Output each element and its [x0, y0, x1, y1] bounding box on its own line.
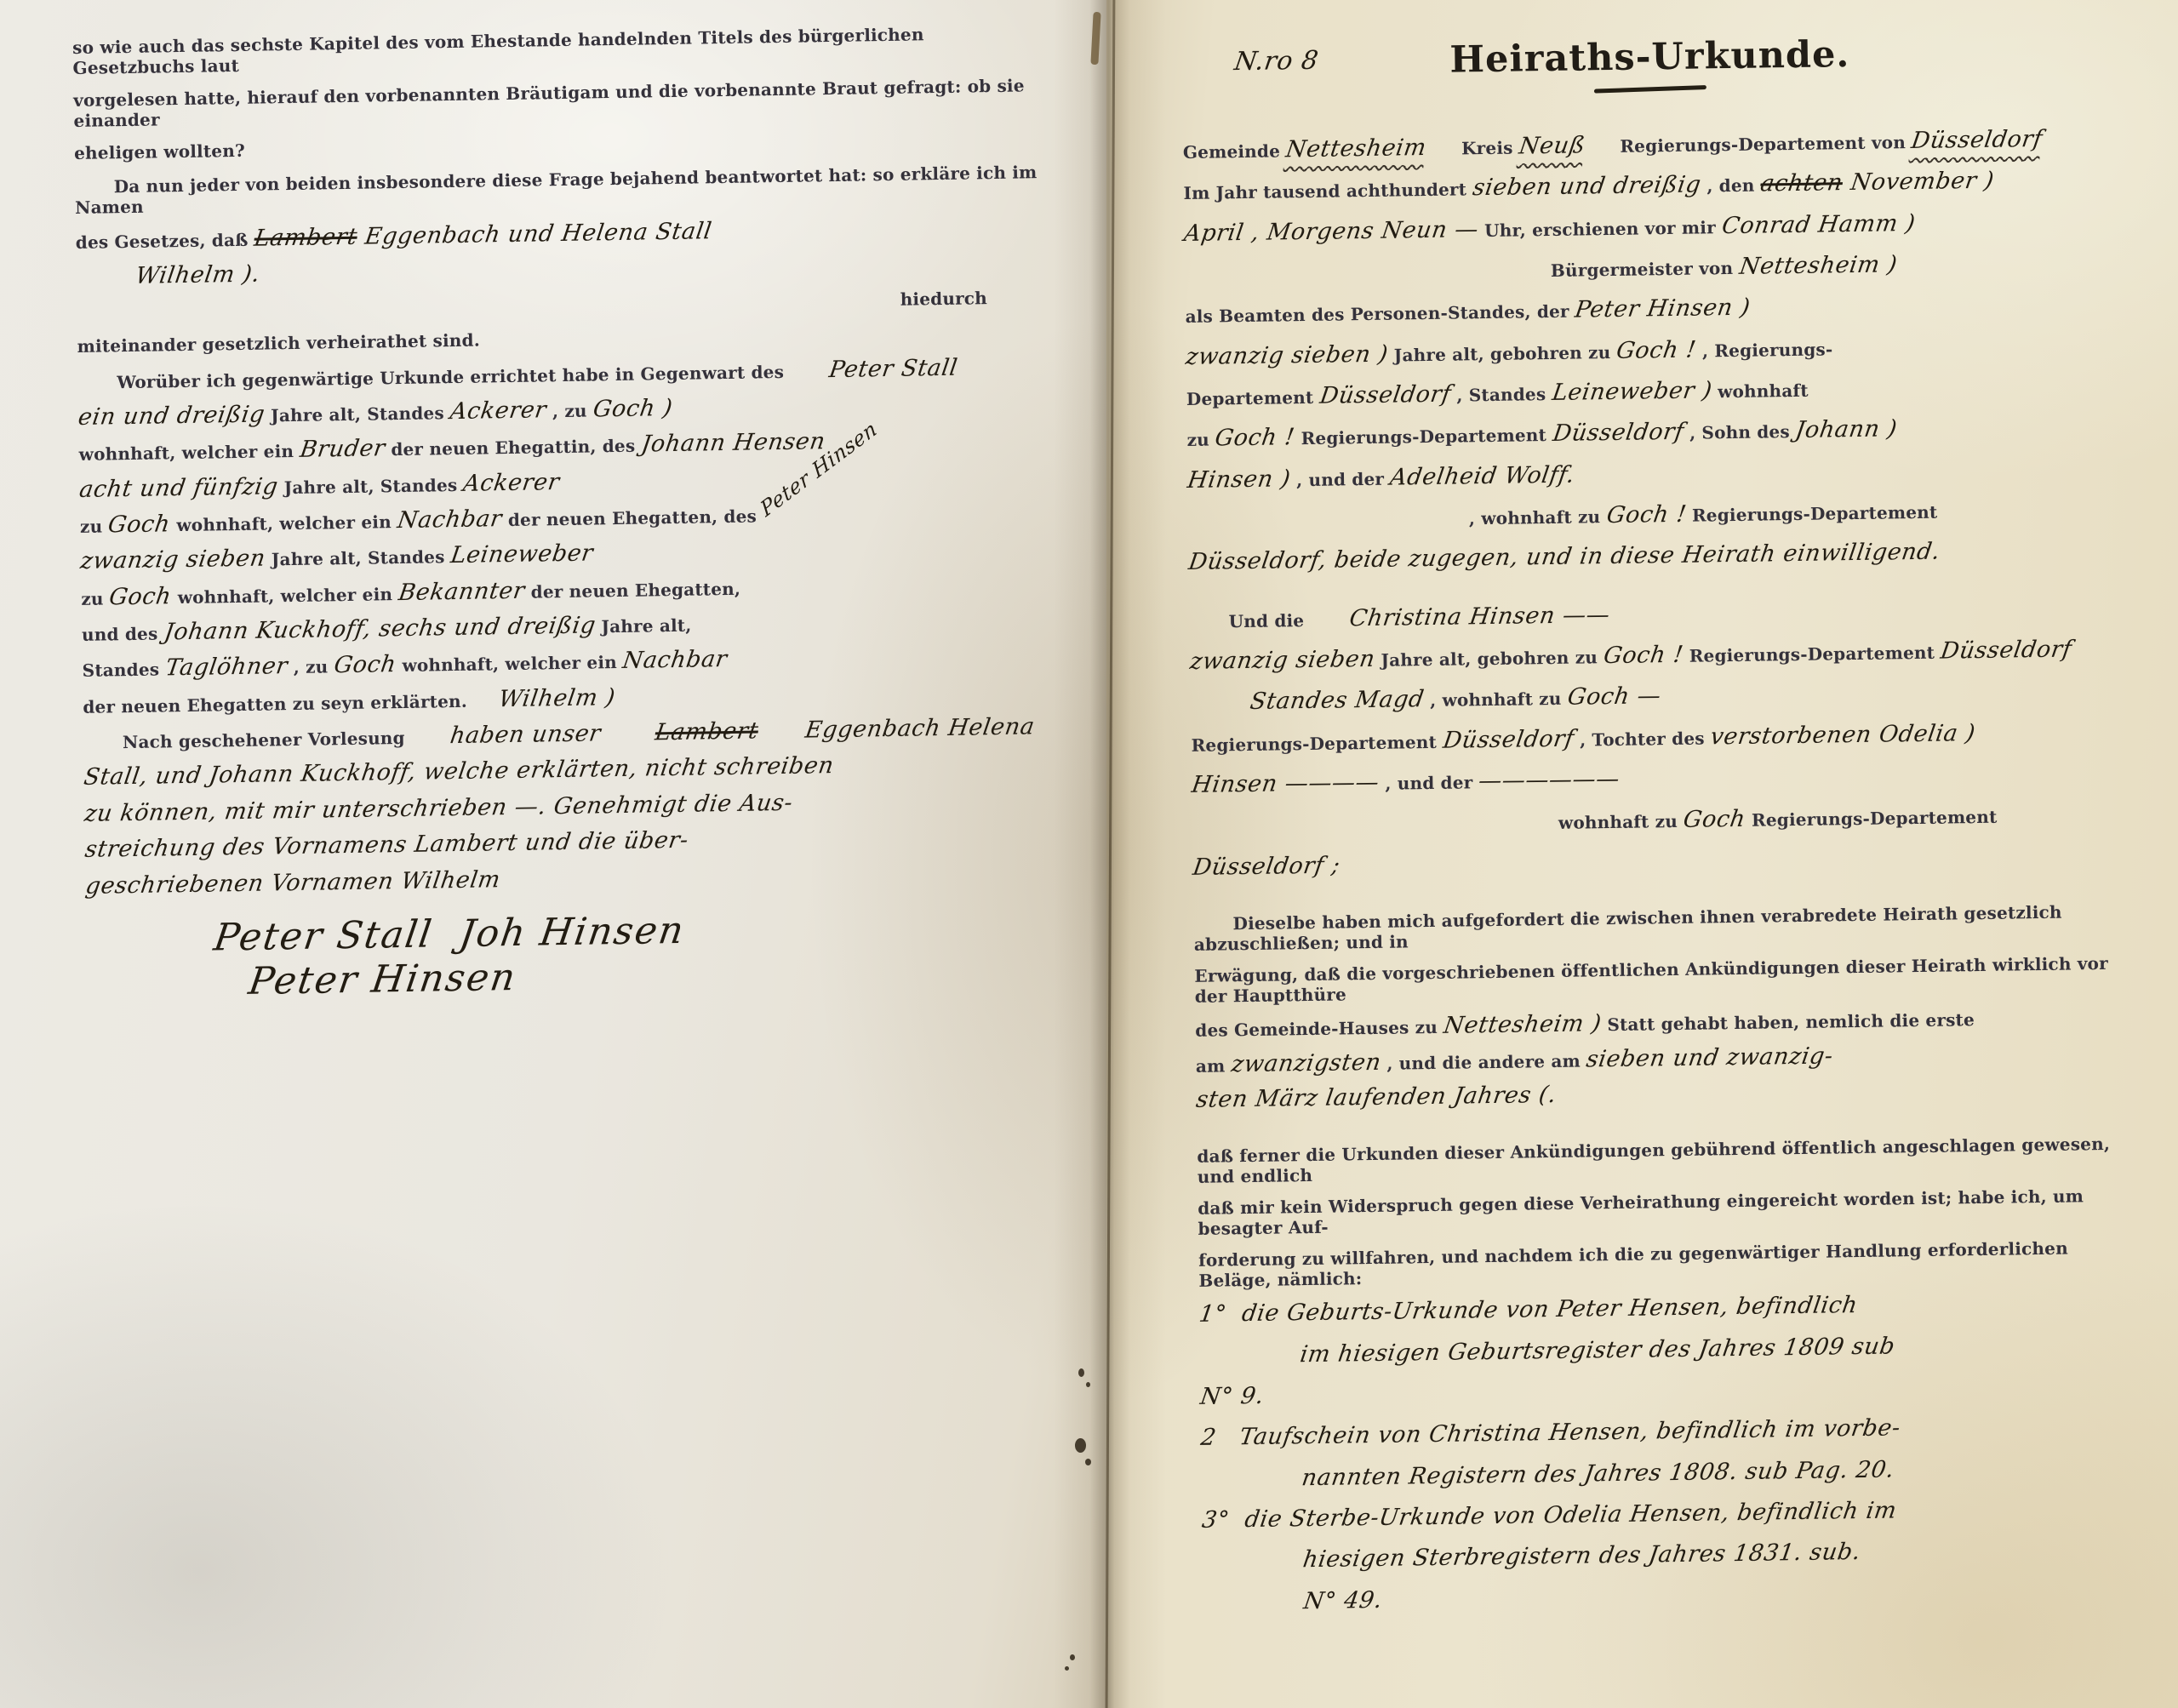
- document-line: Im Jahr tausend achthundert sieben und d…: [1183, 168, 2119, 205]
- printed-text: zu: [81, 588, 110, 609]
- printed-text: wohnhaft, welcher ein: [170, 511, 397, 535]
- handwritten-text: Nettesheim: [1284, 135, 1457, 162]
- document-line: Peter Stall Joh Hinsen: [214, 905, 1057, 958]
- printed-text: Jahre alt, gebohren zu: [1375, 647, 1603, 671]
- document-line: Standes Magd , wohnhaft zu Goch —: [1250, 678, 2127, 715]
- left-page-text: so wie auch das sechste Kapitel des vom …: [72, 22, 1058, 1004]
- handwritten-text: ein und dreißig: [77, 403, 266, 431]
- handwritten-text: Düsseldorf, beide zugegen, und in diese …: [1187, 540, 1942, 575]
- document-line: im hiesigen Geburtsregister des Jahres 1…: [1300, 1331, 2135, 1367]
- handwritten-text: November ): [1841, 169, 1995, 196]
- printed-text: Dieselbe haben mich aufgefordert die zwi…: [1194, 902, 2062, 955]
- handwritten-text: April , Morgens Neun —: [1182, 218, 1480, 246]
- printed-text: Regierungs-Departement: [1683, 643, 1941, 666]
- printed-text: eheligen wollten?: [74, 140, 245, 163]
- handwritten-text: N° 9.: [1198, 1385, 1266, 1409]
- handwritten-text: Düsseldorf: [1318, 383, 1452, 409]
- printed-text: vorgelesen hatte, hierauf den vorbenannt…: [73, 75, 1025, 131]
- handwritten-text: nannten Registern des Jahres 1808. sub P…: [1301, 1458, 1896, 1490]
- document-line: daß mir kein Widerspruch gegen diese Ver…: [1198, 1185, 2135, 1239]
- handwritten-text: Nachbar: [396, 507, 504, 533]
- printed-text: zu: [80, 516, 109, 537]
- document-line: zu können, mit mir unterschrieben —. Gen…: [84, 787, 1055, 826]
- handwritten-text: Goch !: [1615, 338, 1697, 363]
- printed-text: Worüber ich gegenwärtige Urkunde erricht…: [117, 361, 790, 391]
- handwritten-text: sieben und dreißig: [1471, 174, 1702, 201]
- document-line: acht und fünfzig Jahre alt, Standes Acke…: [79, 463, 1049, 502]
- document-line: nannten Registern des Jahres 1808. sub P…: [1301, 1454, 2137, 1490]
- handwritten-text: im hiesigen Geburtsregister des Jahres 1…: [1299, 1334, 1897, 1367]
- document-line: April , Morgens Neun — Uhr, erschienen v…: [1184, 209, 2120, 246]
- printed-text: wohnhaft zu: [1558, 810, 1684, 832]
- printed-text: , zu: [287, 657, 334, 678]
- printed-text: , Standes: [1450, 384, 1552, 406]
- handwritten-text: streichung des Vornamens Lambert und die…: [83, 829, 690, 863]
- document-line: Da nun jeder von beiden insbesondere die…: [75, 162, 1046, 218]
- document-line: am zwanzigsten , und die andere am siebe…: [1196, 1040, 2132, 1077]
- printed-text: der neuen Ehegattin, des: [385, 436, 642, 460]
- handwritten-text: Standes Magd: [1249, 688, 1426, 715]
- document-line: miteinander gesetzlich verheirathet sind…: [77, 321, 1048, 358]
- handwritten-text: Bekannter: [397, 579, 526, 605]
- handwritten-text: zu können, mit mir unterschrieben —. Gen…: [83, 791, 794, 826]
- printed-text: forderung zu willfahren, und nachdem ich…: [1198, 1238, 2068, 1291]
- handwritten-text: Düsseldorf: [1551, 420, 1685, 447]
- handwritten-text: Düsseldorf: [1910, 127, 2073, 153]
- printed-text: zu: [1186, 430, 1215, 450]
- ink-speck: [1070, 1654, 1075, 1660]
- printed-text: , Regierungs-: [1696, 339, 1833, 361]
- handwritten-text: Lambert: [615, 720, 760, 746]
- printed-text: Jahre alt, Standes: [266, 546, 451, 569]
- handwritten-text: Goch: [106, 512, 172, 538]
- ink-speck: [1085, 1459, 1091, 1465]
- right-page-text: N.ro 8 Heiraths-Urkunde. Gemeinde Nettes…: [1181, 23, 2140, 1632]
- handwritten-text: sieben und zwanzig-: [1585, 1044, 1835, 1071]
- handwritten-text: ——————: [1478, 768, 1622, 794]
- document-line: geschriebenen Vornamen Wilhelm: [85, 859, 1055, 898]
- printed-text: Regierungs-Departement: [1295, 425, 1552, 448]
- handwritten-text: Goch: [333, 654, 398, 679]
- handwritten-text: Goch !: [1602, 643, 1684, 669]
- document-line: Standes Taglöhner , zu Goch wohnhaft, we…: [82, 643, 1052, 682]
- handwritten-text: Taglöhner: [163, 655, 289, 682]
- printed-text: wohnhaft, welcher ein: [171, 584, 398, 608]
- handwritten-text: Stall, und Johann Kuckhoff, welche erklä…: [83, 754, 836, 790]
- handwritten-text: Ackerer: [449, 398, 548, 424]
- document-line: daß ferner die Urkunden dieser Ankündigu…: [1197, 1134, 2134, 1187]
- document-line: Bürgermeister von Nettesheim ): [1551, 250, 2121, 283]
- handwritten-text: Hinsen ————: [1190, 771, 1381, 797]
- document-line: Nach geschehener Vorlesung haben unser L…: [83, 715, 1054, 754]
- printed-text: , zu: [546, 400, 593, 421]
- document-line: streichung des Vornamens Lambert und die…: [85, 823, 1055, 862]
- handwritten-text: zwanzig sieben ): [1184, 342, 1389, 369]
- document-line: und des Johann Kuckhoff, sechs und dreiß…: [82, 607, 1052, 646]
- handwritten-text: haben unser: [409, 722, 618, 749]
- handwritten-text: achten: [1759, 171, 1845, 197]
- handwritten-text: Bruder: [298, 437, 386, 463]
- ink-speck: [1078, 1368, 1084, 1377]
- handwritten-text: N° 49.: [1302, 1588, 1384, 1614]
- printed-text: Erwägung, daß die vorgeschriebenen öffen…: [1194, 953, 2108, 1007]
- document-line: Hinsen ) , und der Adelheid Wolff.: [1187, 455, 2124, 493]
- printed-text: , Sohn des: [1684, 421, 1796, 443]
- printed-text: daß mir kein Widerspruch gegen diese Ver…: [1198, 1186, 2084, 1240]
- handwritten-text: Peter Stall Joh Hinsen: [211, 911, 687, 958]
- document-line: zu Goch wohnhaft, welcher ein Bekannter …: [81, 571, 1051, 610]
- printed-text: am: [1196, 1055, 1232, 1077]
- printed-text: Jahre alt, Standes: [277, 475, 463, 498]
- handwritten-text: Lambert: [253, 226, 359, 251]
- handwritten-text: acht und fünfzig: [77, 475, 279, 502]
- document-line: Wilhelm ).: [135, 250, 1046, 288]
- printed-text: Jahre alt, Standes: [265, 403, 450, 426]
- document-line: als Beamten des Personen-Standes, der Pe…: [1185, 291, 2121, 328]
- printed-text: der neuen Ehegatten,: [524, 579, 740, 603]
- handwritten-text: zwanzig sieben: [79, 547, 267, 574]
- document-line: N° 49.: [1304, 1578, 2140, 1614]
- handwritten-text: Goch !: [1214, 426, 1296, 452]
- handwritten-text: Leineweber ): [1550, 379, 1713, 405]
- document-line: Düsseldorf, beide zugegen, und in diese …: [1188, 538, 2124, 575]
- printed-text: Jahre alt,: [595, 615, 691, 637]
- printed-text: der neuen Ehegatten, des: [502, 506, 763, 530]
- handwritten-text: 1° die Geburts-Urkunde von Peter Hensen,…: [1198, 1294, 1860, 1327]
- printed-text: als Beamten des Personen-Standes, der: [1185, 301, 1575, 327]
- handwritten-text: Düsseldorf ;: [1192, 854, 1342, 880]
- handwritten-text: Nettesheim ): [1737, 253, 1898, 279]
- document-line: ein und dreißig Jahre alt, Standes Acker…: [78, 391, 1049, 430]
- handwritten-text: verstorbenen Odelia ): [1709, 722, 1977, 750]
- document-line: Departement Düsseldorf , Standes Leinewe…: [1186, 374, 2123, 411]
- document-line: Gemeinde Nettesheim Kreis Neuß Regierung…: [1183, 127, 2119, 164]
- handwritten-text: Peter Stall: [788, 356, 959, 382]
- document-line: Worüber ich gegenwärtige Urkunde erricht…: [77, 355, 1048, 394]
- handwritten-text: Peter Hinsen: [246, 958, 519, 1002]
- document-line: der neuen Ehegatten zu seyn erklärten. W…: [83, 679, 1053, 718]
- printed-text: des Gemeinde-Hauses zu: [1195, 1017, 1443, 1041]
- document-line: 1° die Geburts-Urkunde von Peter Hensen,…: [1199, 1290, 2135, 1328]
- ink-speck: [1065, 1666, 1069, 1671]
- register-book-scan: so wie auch das sechste Kapitel des vom …: [0, 0, 2178, 1708]
- certificate-body: Gemeinde Nettesheim Kreis Neuß Regierung…: [1183, 127, 2140, 1615]
- printed-text: Regierungs-Departement von: [1614, 132, 1912, 157]
- printed-text: Statt gehabt haben, nemlich die erste: [1601, 1009, 1975, 1035]
- handwritten-text: Goch —: [1566, 685, 1663, 711]
- document-line: , wohnhaft zu Goch ! Regierungs-Departem…: [1469, 497, 2124, 530]
- printed-text: wohnhaft: [1712, 380, 1809, 403]
- document-line: zwanzig sieben Jahre alt, Standes Leinew…: [80, 534, 1050, 574]
- handwritten-text: 3° die Sterbe-Urkunde von Odelia Hensen,…: [1200, 1499, 1898, 1533]
- handwritten-text: Eggenbach Helena: [757, 715, 1037, 744]
- document-line: zu Goch ! Regierungs-Departement Düsseld…: [1186, 414, 2123, 452]
- handwritten-text: Düsseldorf: [1939, 638, 2073, 665]
- printed-text: Da nun jeder von beiden insbesondere die…: [75, 162, 1038, 218]
- handwritten-text: Nachbar: [621, 648, 729, 673]
- printed-text: Departement: [1186, 387, 1320, 409]
- ink-speck: [1075, 1438, 1086, 1453]
- printed-text: wohnhaft, welcher ein: [79, 441, 300, 465]
- certificate-header: N.ro 8 Heiraths-Urkunde.: [1181, 23, 2118, 128]
- document-line: Und die Christina Hinsen ——: [1189, 596, 2125, 633]
- printed-text: Nach geschehener Vorlesung: [123, 728, 411, 752]
- document-line: Dieselbe haben mich aufgefordert die zwi…: [1193, 901, 2130, 955]
- printed-text: hiedurch: [900, 288, 988, 310]
- printed-text: Kreis: [1455, 137, 1519, 158]
- document-line: zwanzig sieben Jahre alt, gebohren zu Go…: [1190, 637, 2126, 675]
- handwritten-text: Conrad Hamm ): [1720, 212, 1917, 239]
- handwritten-text: Düsseldorf: [1441, 727, 1575, 753]
- document-line: Erwägung, daß die vorgeschriebenen öffen…: [1194, 953, 2131, 1007]
- document-line: wohnhaft, welcher ein Bruder der neuen E…: [78, 426, 1049, 466]
- printed-text: , und die andere am: [1381, 1050, 1586, 1073]
- handwritten-text: geschriebenen Vornamen Wilhelm: [84, 868, 502, 899]
- printed-text: und des: [82, 623, 164, 645]
- document-line: zwanzig sieben ) Jahre alt, gebohren zu …: [1186, 332, 2122, 369]
- handwritten-text: Johann Hensen: [639, 431, 826, 458]
- document-line: sten März laufenden Jahres (.: [1196, 1075, 2132, 1112]
- handwritten-text: zwanzigsten: [1230, 1050, 1383, 1077]
- handwritten-text: Nettesheim ): [1442, 1012, 1603, 1038]
- printed-text: Im Jahr tausend achthundert: [1183, 180, 1472, 204]
- printed-text: miteinander gesetzlich verheirathet sind…: [77, 329, 481, 356]
- certificate-number: N.ro 8: [1232, 48, 1320, 76]
- printed-text: Und die: [1228, 610, 1310, 631]
- handwritten-text: Neuß: [1518, 134, 1616, 159]
- handwritten-text: hiesigen Sterbregistern des Jahres 1831.…: [1301, 1540, 1862, 1573]
- document-line: 3° die Sterbe-Urkunde von Odelia Hensen,…: [1202, 1495, 2138, 1533]
- document-line: des Gemeinde-Hauses zu Nettesheim ) Stat…: [1195, 1005, 2131, 1043]
- printed-text: daß ferner die Urkunden dieser Ankündigu…: [1197, 1134, 2110, 1187]
- document-line: Düsseldorf ;: [1192, 843, 2129, 880]
- handwritten-text: Goch: [1682, 807, 1747, 831]
- handwritten-text: Christina Hinsen ——: [1308, 603, 1611, 631]
- document-line: Regierungs-Departement Düsseldorf , Toch…: [1191, 719, 2127, 757]
- printed-text: , den: [1701, 175, 1761, 197]
- handwritten-text: Goch: [108, 585, 174, 610]
- printed-text: , wohnhaft zu: [1469, 506, 1607, 528]
- printed-text: Gemeinde: [1183, 140, 1287, 163]
- handwritten-text: Peter Hinsen ): [1574, 296, 1752, 323]
- printed-text: Bürgermeister von: [1551, 258, 1740, 281]
- document-line: 2 Taufschein von Christina Hensen, befin…: [1201, 1414, 2137, 1451]
- handwritten-text: Johann Kuckhoff, sechs und dreißig: [163, 614, 597, 644]
- handwritten-text: Johann ): [1794, 418, 1899, 443]
- handwritten-text: Leineweber: [449, 542, 595, 568]
- printed-text: Uhr, erschienen vor mir: [1478, 217, 1722, 241]
- handwritten-text: Ackerer: [461, 471, 561, 496]
- printed-text: der neuen Ehegatten zu seyn erklärten.: [83, 691, 467, 717]
- handwritten-text: Goch !: [1604, 503, 1687, 528]
- document-line: N° 9.: [1200, 1372, 2136, 1409]
- printed-text: Regierungs-Departement: [1686, 502, 1938, 526]
- printed-text: , Tochter des: [1574, 728, 1711, 750]
- printed-text: Standes: [83, 660, 166, 682]
- printed-text: Regierungs-Departement: [1191, 732, 1443, 756]
- handwritten-text: sten März laufenden Jahres (.: [1194, 1083, 1558, 1112]
- printed-text: , und der: [1379, 772, 1479, 794]
- document-line: vorgelesen hatte, hierauf den vorbenannt…: [73, 75, 1044, 131]
- document-line: wohnhaft zu Goch Regierungs-Departement: [1558, 802, 2129, 834]
- document-line: Stall, und Johann Kuckhoff, welche erklä…: [83, 751, 1054, 790]
- document-line: des Gesetzes, daß Lambert Eggenbach und …: [76, 214, 1046, 254]
- document-line: zu Goch wohnhaft, welcher ein Nachbar de…: [80, 499, 1050, 538]
- printed-text: Regierungs-Departement: [1746, 806, 1998, 830]
- document-line: Hinsen ———— , und der ——————: [1192, 761, 2128, 798]
- printed-text: wohnhaft, welcher ein: [396, 652, 623, 676]
- document-line: hiesigen Sterbregistern des Jahres 1831.…: [1303, 1537, 2139, 1573]
- printed-text: Jahre alt, gebohren zu: [1387, 342, 1616, 366]
- handwritten-text: 2 Taufschein von Christina Hensen, befin…: [1199, 1417, 1902, 1451]
- handwritten-text: Goch ): [592, 397, 674, 422]
- document-line: hiedurch: [77, 287, 1047, 324]
- ink-speck: [1086, 1382, 1090, 1387]
- handwritten-text: Wilhelm ): [466, 686, 616, 712]
- printed-text: , und der: [1290, 468, 1391, 490]
- printed-text: , wohnhaft zu: [1424, 688, 1568, 711]
- title-rule: [1594, 85, 1706, 94]
- handwritten-text: Eggenbach und Helena Stall: [356, 220, 713, 249]
- handwritten-text: Hinsen ): [1186, 467, 1292, 493]
- printed-text: des Gesetzes, daß: [76, 230, 254, 253]
- handwritten-text: Adelheid Wolff.: [1388, 463, 1576, 489]
- handwritten-text: Wilhelm ).: [134, 263, 261, 289]
- document-line: eheligen wollten?: [74, 128, 1044, 165]
- handwritten-text: zwanzig sieben: [1188, 648, 1376, 674]
- document-line: forderung zu willfahren, und nachdem ich…: [1198, 1237, 2135, 1291]
